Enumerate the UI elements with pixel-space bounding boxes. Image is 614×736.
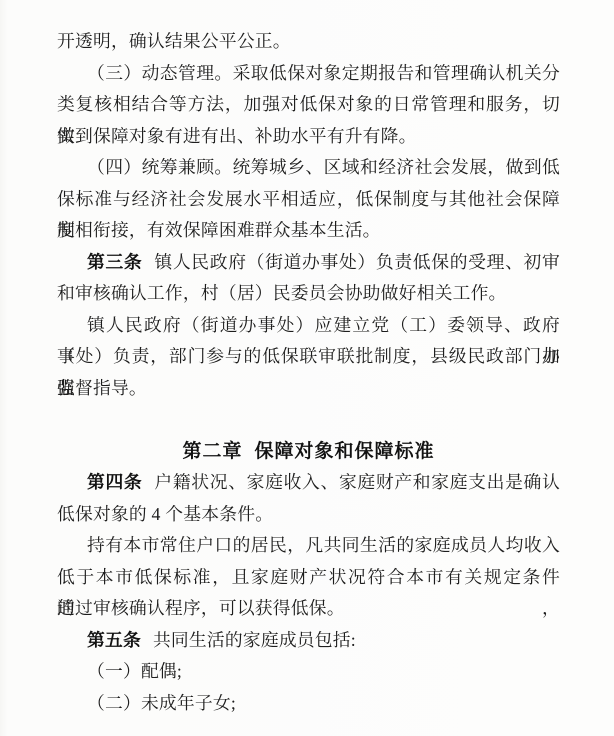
text-line: 镇人民政府（街道办事处）应建立党（工）委领导、政府（办: [57, 310, 560, 342]
text-line: 度相衔接，有效保障困难群众基本生活。: [57, 215, 560, 247]
text-line: 监督指导。: [57, 373, 560, 405]
emphasis-run: 第三条: [87, 252, 142, 272]
text-line: （四）统筹兼顾。统筹城乡、区域和经济社会发展，做到低: [57, 152, 560, 184]
text-run: 和审核确认工作，村（居）民委员会协助做好相关工作。: [57, 283, 507, 303]
document-body: 开透明，确认结果公平公正。（三）动态管理。采取低保对象定期报告和管理确认机关分类…: [57, 26, 560, 719]
document-page: 开透明，确认结果公平公正。（三）动态管理。采取低保对象定期报告和管理确认机关分类…: [0, 0, 614, 736]
text-line: （三）动态管理。采取低保对象定期报告和管理确认机关分: [57, 58, 560, 90]
text-run: （二）未成年子女;: [87, 693, 236, 713]
text-run: 低保对象的 4 个基本条件。: [57, 504, 273, 524]
text-run: （四）统筹兼顾。统筹城乡、区域和经济社会发展，做到低: [87, 157, 560, 177]
text-run: 通过审核确认程序，可以获得低保。: [57, 598, 345, 618]
text-run: 监督指导。: [57, 378, 147, 398]
text-run: 做到保障对象有进有出、补助水平有升有降。: [57, 126, 417, 146]
text-run: 度相衔接，有效保障困难群众基本生活。: [57, 220, 381, 240]
emphasis-run: 第五条: [87, 630, 141, 650]
text-line: 做到保障对象有进有出、补助水平有升有降。: [57, 121, 560, 153]
text-line: 和审核确认工作，村（居）民委员会协助做好相关工作。: [57, 278, 560, 310]
text-line: 第四条户籍状况、家庭收入、家庭财产和家庭支出是确认: [57, 467, 560, 499]
emphasis-run: 保障对象和保障标准: [255, 441, 435, 462]
text-line: 第五条共同生活的家庭成员包括:: [57, 625, 560, 657]
text-run: （三）动态管理。采取低保对象定期报告和管理确认机关分: [87, 63, 560, 83]
emphasis-run: 第四条: [87, 472, 142, 492]
text-line: （二）未成年子女;: [57, 688, 560, 720]
text-line: 类复核相结合等方法，加强对低保对象的日常管理和服务，切实: [57, 89, 560, 121]
text-line: 低于本市低保标准，且家庭财产状况符合本市有关规定条件的，: [57, 562, 560, 594]
text-run: 持有本市常住户口的居民，凡共同生活的家庭成员人均收入: [87, 535, 560, 555]
blank-line: [57, 404, 560, 436]
text-run: （一）配偶;: [87, 661, 182, 681]
text-run: 开透明，确认结果公平公正。: [57, 31, 291, 51]
text-line: （一）配偶;: [57, 656, 560, 688]
emphasis-run: 第二章: [182, 441, 242, 462]
text-run: 镇人民政府（街道办事处）负责低保的受理、初审: [154, 252, 560, 272]
text-line: 保标准与经济社会发展水平相适应，低保制度与其他社会保障制: [57, 184, 560, 216]
text-run: 户籍状况、家庭收入、家庭财产和家庭支出是确认: [154, 472, 560, 492]
text-line: 事处）负责，部门参与的低保联审联批制度，县级民政部门加强: [57, 341, 560, 373]
chapter-heading: 第二章保障对象和保障标准: [57, 436, 560, 468]
text-line: 开透明，确认结果公平公正。: [57, 26, 560, 58]
text-line: 持有本市常住户口的居民，凡共同生活的家庭成员人均收入: [57, 530, 560, 562]
text-run: 共同生活的家庭成员包括:: [153, 630, 356, 650]
text-line: 第三条镇人民政府（街道办事处）负责低保的受理、初审: [57, 247, 560, 279]
text-line: 低保对象的 4 个基本条件。: [57, 499, 560, 531]
